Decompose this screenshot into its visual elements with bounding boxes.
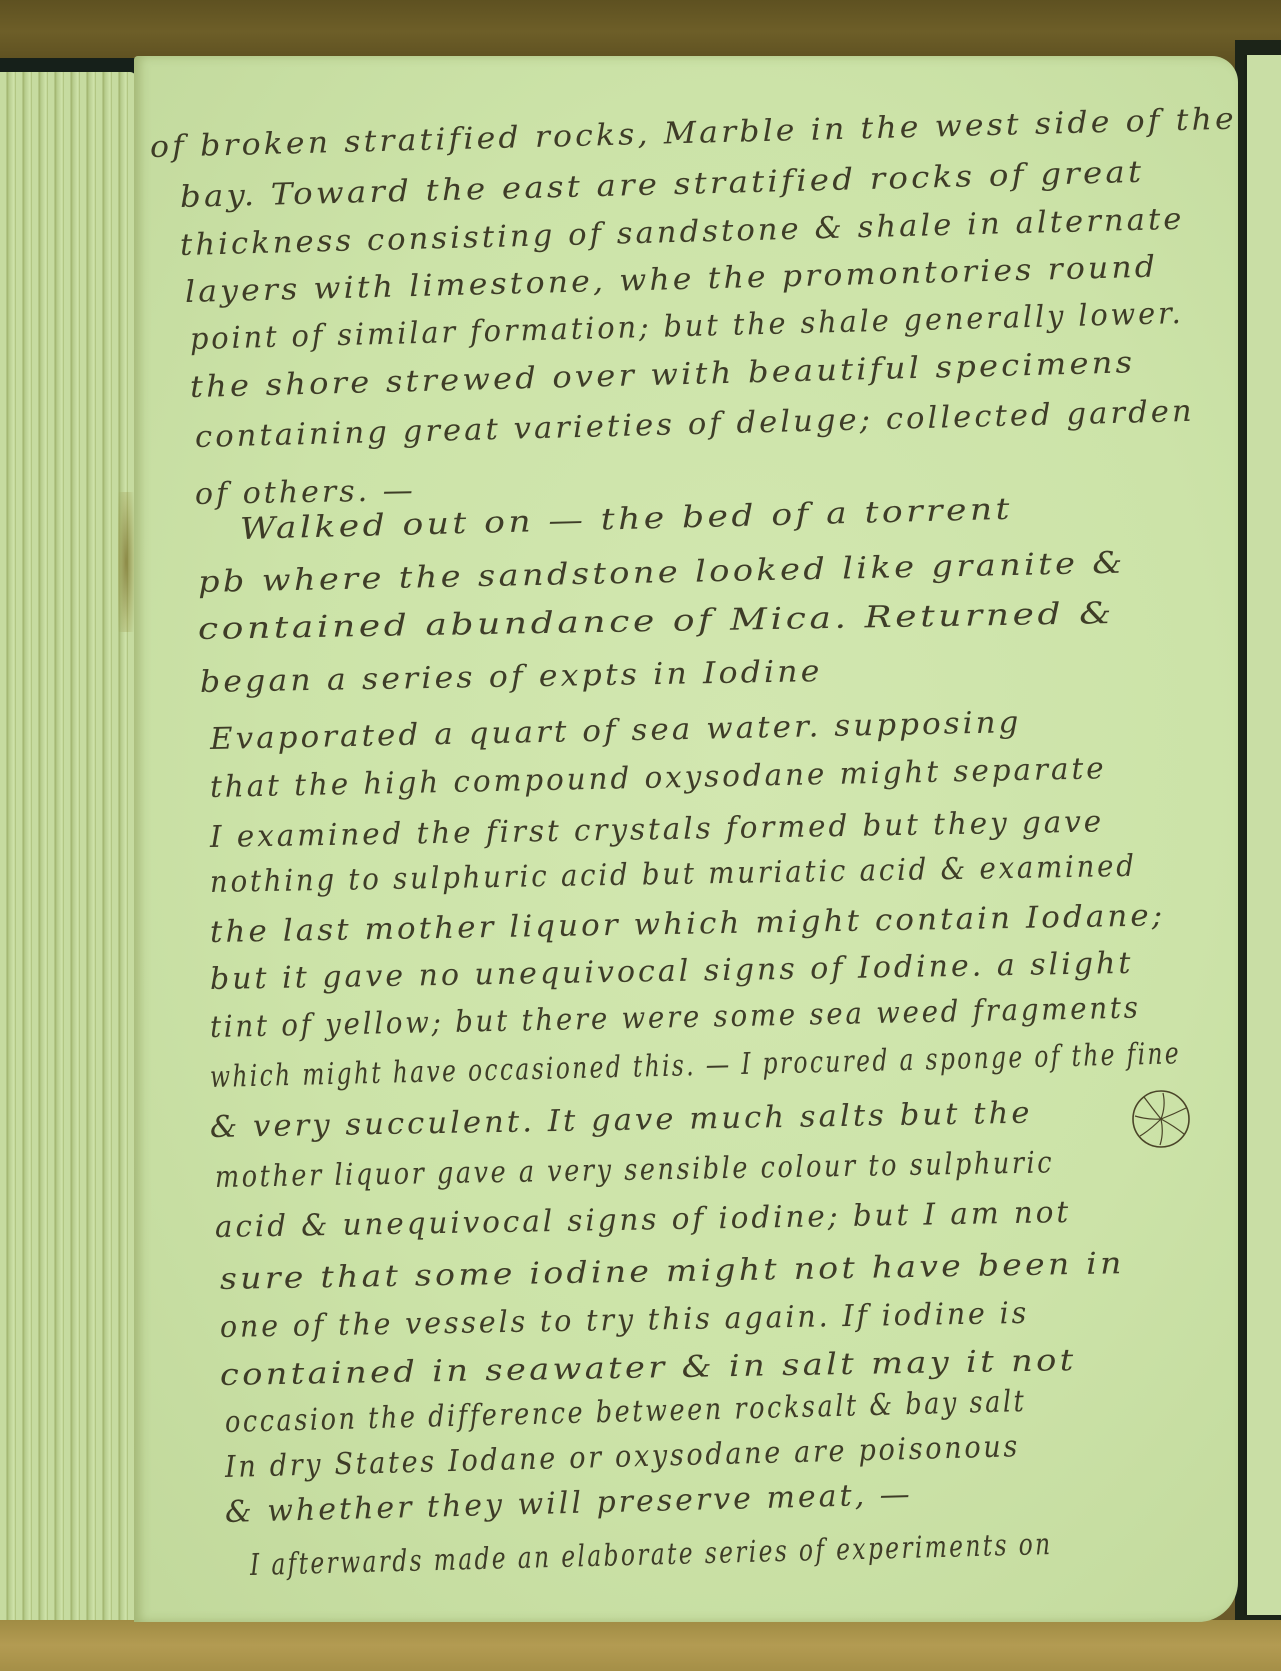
page-stack-edges	[0, 72, 136, 1652]
facing-page-edge	[1244, 55, 1281, 1615]
manuscript-line: of others. —	[195, 473, 416, 512]
wooden-table-bottom	[0, 1620, 1281, 1671]
rosette-sketch-icon	[1130, 1088, 1192, 1150]
